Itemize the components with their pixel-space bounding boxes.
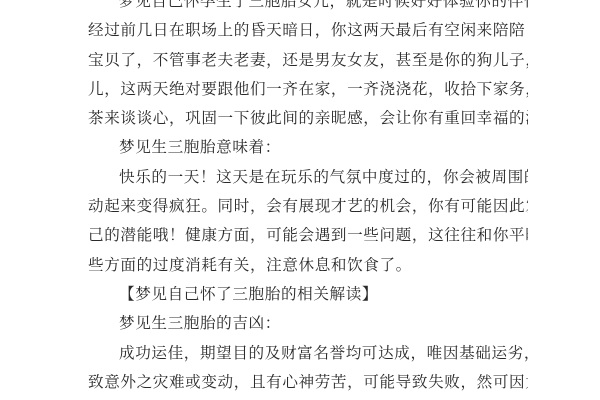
text-line: 儿，这两天绝对要跟他们一齐在家，一齐浇浇花，收拾下家务，喝口 xyxy=(88,75,528,104)
section-title-bracketed: 【梦见自己怀了三胞胎的相关解读】 xyxy=(88,280,528,309)
text-line: 经过前几日在职场上的昏天暗日，你这两天最后有空闲来陪陪自己的 xyxy=(88,16,528,45)
text-line-bottom-partial: 致意外之灾难或变动，且有心神劳苦，可能导致失败，然可因大事转 xyxy=(88,368,528,397)
document-body: 梦见自己怀孕生了三胞胎女儿，就是时候好好体验你的伴侣了 经过前几日在职场上的昏天… xyxy=(88,0,528,397)
text-line: 宝贝了，不管事老夫老妻，还是男友女友，甚至是你的狗儿子，猫女 xyxy=(88,46,528,75)
document-page: 梦见自己怀孕生了三胞胎女儿，就是时候好好体验你的伴侣了 经过前几日在职场上的昏天… xyxy=(0,0,600,400)
text-line: 些方面的过度消耗有关，注意休息和饮食了。 xyxy=(88,251,528,280)
text-line: 成功运佳，期望目的及财富名誉均可达成，唯因基础运劣，而招 xyxy=(88,339,528,368)
text-line: 己的潜能哦！健康方面，可能会遇到一些问题，这往往和你平时在某 xyxy=(88,221,528,250)
section-subheading: 梦见生三胞胎的吉凶： xyxy=(88,309,528,338)
text-line-top-partial: 梦见自己怀孕生了三胞胎女儿，就是时候好好体验你的伴侣了 xyxy=(88,0,528,16)
section-subheading: 梦见生三胞胎意味着： xyxy=(88,133,528,162)
text-line: 快乐的一天！这天是在玩乐的气氛中度过的，你会被周围的人带 xyxy=(88,163,528,192)
text-line: 茶来谈谈心，巩固一下彼此间的亲昵感，会让你有重回幸福的滋味。 xyxy=(88,104,528,133)
text-line: 动起来变得疯狂。同时，会有展现才艺的机会，你有可能因此发现自 xyxy=(88,192,528,221)
